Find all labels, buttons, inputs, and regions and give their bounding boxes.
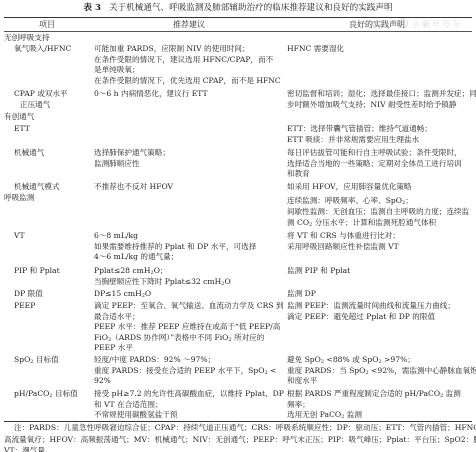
practice-line: 测 CO2 分压水平；计算和监测死腔通气体积	[287, 218, 436, 229]
practice-line: 选用无创 PaCO2 监测	[287, 410, 362, 421]
practice-line: 根据 PARDS 严重程度制定合适的 pH/PaCO2 监测	[287, 389, 461, 400]
practice-line: 滴定 PEEP：避免超过 Pplat 和 DP 的限值	[287, 312, 435, 323]
recommendation-line: 6～8 mL/kg	[94, 231, 138, 242]
row-item: 机械通气模式	[14, 182, 60, 193]
recommendation-line: 接受 pH≥7.2 的允许性高碳酸血症，以维持 Pplat、DP	[94, 389, 284, 400]
practice-line: 间歇性监测：无创血压；监测自主呼吸的力度；连续监	[287, 207, 469, 218]
recommendation-line: 监测肺顺应性	[94, 159, 140, 170]
recommendation-line: 92%	[94, 376, 111, 387]
row-item: SpO2 目标值	[14, 355, 59, 366]
practice-line: 避免 SpO2 <88% 或 SpO2 >97%；	[287, 355, 415, 366]
row-item: 机械通气	[14, 148, 44, 159]
practice-line: 步吋额外增加吸气支持；NIV 耐受性差时给予镇静	[287, 100, 456, 111]
practice-line: 监测 DP	[287, 289, 316, 300]
row-item: ETT	[14, 124, 30, 135]
practice-line: 和教育	[287, 169, 310, 180]
table-title: 表 3关于机械通气、呼吸监测及肺部辅助治疗的临床推荐建议和良好的实践声明	[0, 2, 476, 14]
row-item: CPAP 或双水平	[14, 89, 68, 100]
table-caption: 关于机械通气、呼吸监测及肺部辅助治疗的临床推荐建议和良好的实践声明	[109, 3, 393, 13]
recommendation-line: 4～6 mL/kg 的通气量；	[94, 252, 178, 263]
recommendation-line: 可能加重 PARDS，应限制 NIV 的使用时间；	[94, 44, 250, 55]
recommendation-line: 轻度/中度 PARDS：92% ～97%；	[94, 355, 215, 366]
group-respiratory-monitoring: 呼吸监测	[4, 193, 34, 204]
practice-line: 重度 PARDS：当 SpO2 <92%，需监测中心静脉血氧饱	[287, 366, 476, 377]
recommendation-line: 不常规使用碳酸氢盐干预	[94, 410, 178, 421]
recommendation-line: 和 VT 在合适范围；	[94, 400, 163, 411]
practice-line: 监测 PEEP：监测流量时间曲线和流量压力曲线；	[287, 301, 455, 312]
recommendation-line: PEEP 水平	[94, 343, 133, 354]
practice-line: 连续监测：呼吸频率、心率、SpO2；	[287, 196, 413, 207]
practice-line: 每日评估拔管可能和行自主呼吸试验；条件受限时，	[287, 148, 462, 159]
row-item: 正压通气	[20, 100, 50, 111]
table-note-line: VT：潮气量。	[4, 445, 53, 452]
row-item: DP 限值	[14, 289, 43, 300]
group-invasive-ventilation: 有创通气	[4, 112, 34, 123]
recommendation-line: 在条件受限的情况下，优先选用 CPAP，而不是 HFNC	[94, 76, 281, 87]
header-recommendation: 推荐建议	[94, 19, 284, 30]
recommendation-line: 是单纯吸氧；	[94, 65, 140, 76]
practice-line: ETT：选择带囊气管插管；维持气道通畅；	[287, 124, 432, 135]
recommendation-line: 滴定 PEEP：至氧合、氧气输送、血流动力学及 CRS 到	[94, 301, 284, 312]
header-item: 项目	[4, 19, 90, 30]
group-noninvasive-support: 无创呼吸支持	[4, 33, 50, 44]
recommendation-line: 不推荐也不反对 HFOV	[94, 182, 173, 193]
practice-line: 如采用 HFOV，应用肺容量优化策略	[287, 182, 412, 193]
table-note-line: 注：PARDS：儿童急性呼吸窘迫综合征；CPAP：持续气道正压通气；CRS：呼吸…	[14, 422, 476, 434]
practice-line: 和度水平	[287, 376, 317, 387]
recommendation-line: 最合适水平；	[94, 312, 140, 323]
row-item: 氧气吸入/HFNC	[14, 44, 71, 55]
practice-line: ETT 吸痰：并非常规需要应用生理盐水	[287, 135, 419, 146]
table-label: 表 3	[83, 3, 101, 13]
practice-line: 选择适合当地的一些策略；定期对全体员工进行培训	[287, 159, 462, 170]
header-practice: 良好的实践声明	[287, 19, 467, 30]
practice-line: 监测 PIP 和 Pplat	[287, 266, 350, 277]
recommendation-line: PEEP 水平：推荐 PEEP 应维持在或高于“低 PEEP/高	[94, 322, 280, 333]
recommendation-line: 重度 PARDS：接受在合适的 PEEP 水平下，SpO2 <	[94, 366, 276, 377]
recommendation-line: 当胸壁顺应性下降时 Pplat≤32 cmH2O	[94, 277, 231, 288]
header-rule	[4, 31, 472, 32]
recommendation-line: DP≤15 cmH2O	[94, 289, 151, 300]
practice-line: 采用呼吸回路顺应性补偿监测 VT	[287, 242, 399, 253]
recommendation-line: 在条件受限的情况下，建议选用 HFNC/CPAP，而不	[94, 55, 273, 66]
row-item: pH/PaCO2 目标值	[14, 389, 78, 400]
row-item: VT	[14, 231, 25, 242]
recommendation-line: Pplat≤28 cmH2O；	[94, 266, 168, 277]
recommendation-line: 选择肺保护通气策略；	[94, 148, 170, 159]
recommendation-line: FiO2（ARDS 协作网）”表格中不同 FiO2 所对应的	[94, 333, 264, 344]
row-item: PIP 和 Pplat	[14, 266, 60, 277]
recommendation-line: 0～6 h 内病情恶化，建议行 ETT	[94, 89, 208, 100]
practice-line: 频率；	[287, 400, 310, 411]
practice-line: HFNC 需要湿化	[287, 44, 344, 55]
practice-line: 将 VT 和 CRS 与体重进行比对；	[287, 231, 400, 242]
practice-line: 密切监督和培训；湿化；选择最佳接口；监测并发症；同	[287, 89, 476, 100]
row-item: PEEP	[14, 301, 35, 312]
recommendation-line: 如果需要维持推荐的 Pplat 和 DP 水平，可选择	[94, 242, 256, 253]
table-note-line: 高流量氧疗；HFOV：高频振荡通气；MV：机械通气；NIV：无创通气；PEEP：…	[4, 434, 476, 446]
